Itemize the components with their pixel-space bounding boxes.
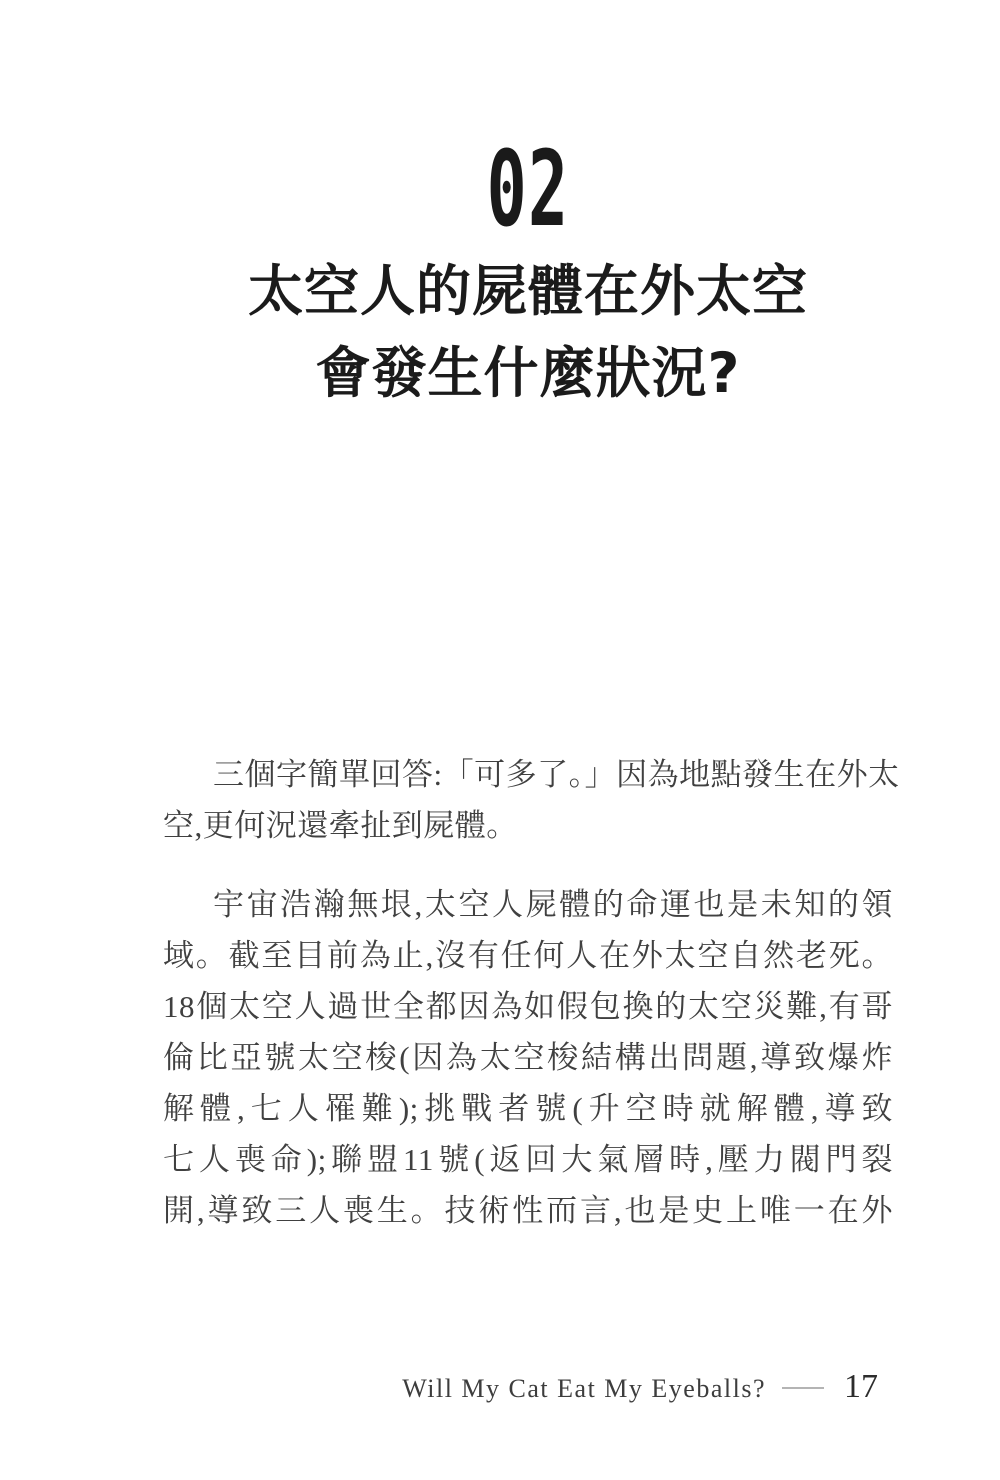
paragraph-2-line-4: 倫比亞號太空梭(因為太空梭結構出問題,導致爆炸 xyxy=(163,1032,893,1083)
chapter-title-line-2: 會發生什麼狀況? xyxy=(123,332,933,414)
footer-page-number: 17 xyxy=(844,1368,878,1406)
chapter-title: 太空人的屍體在外太空 會發生什麼狀況? xyxy=(123,250,933,414)
page-footer: Will My Cat Eat My Eyeballs? 17 xyxy=(402,1368,878,1406)
paragraph-2-line-7: 開,導致三人喪生。技術性而言,也是史上唯一在外 xyxy=(163,1185,893,1236)
paragraph-2-line-2: 域。截至目前為止,沒有任何人在外太空自然老死。 xyxy=(163,930,893,981)
chapter-number: 02 xyxy=(294,137,761,241)
footer-book-title: Will My Cat Eat My Eyeballs? xyxy=(402,1374,766,1404)
paragraph-2-line-1: 宇宙浩瀚無垠,太空人屍體的命運也是未知的領 xyxy=(163,879,893,930)
paragraph-1: 三個字簡單回答:「可多了。」因為地點發生在外太 空,更何況還牽扯到屍體。 xyxy=(163,749,893,851)
paragraph-2-line-3: 18個太空人過世全都因為如假包換的太空災難,有哥 xyxy=(163,981,893,1032)
paragraph-2: 宇宙浩瀚無垠,太空人屍體的命運也是未知的領 域。截至目前為止,沒有任何人在外太空… xyxy=(163,879,893,1236)
paragraph-2-line-6: 七人喪命);聯盟11號(返回大氣層時,壓力閥門裂 xyxy=(163,1134,893,1185)
footer-divider-line xyxy=(782,1387,824,1389)
paragraph-1-line-2: 空,更何況還牽扯到屍體。 xyxy=(163,800,893,851)
paragraph-1-line-1: 三個字簡單回答:「可多了。」因為地點發生在外太 xyxy=(163,749,893,800)
chapter-title-line-1: 太空人的屍體在外太空 xyxy=(123,250,933,332)
paragraph-2-line-5: 解體,七人罹難);挑戰者號(升空時就解體,導致 xyxy=(163,1083,893,1134)
book-page: 02 太空人的屍體在外太空 會發生什麼狀況? 三個字簡單回答:「可多了。」因為地… xyxy=(0,0,1000,1480)
